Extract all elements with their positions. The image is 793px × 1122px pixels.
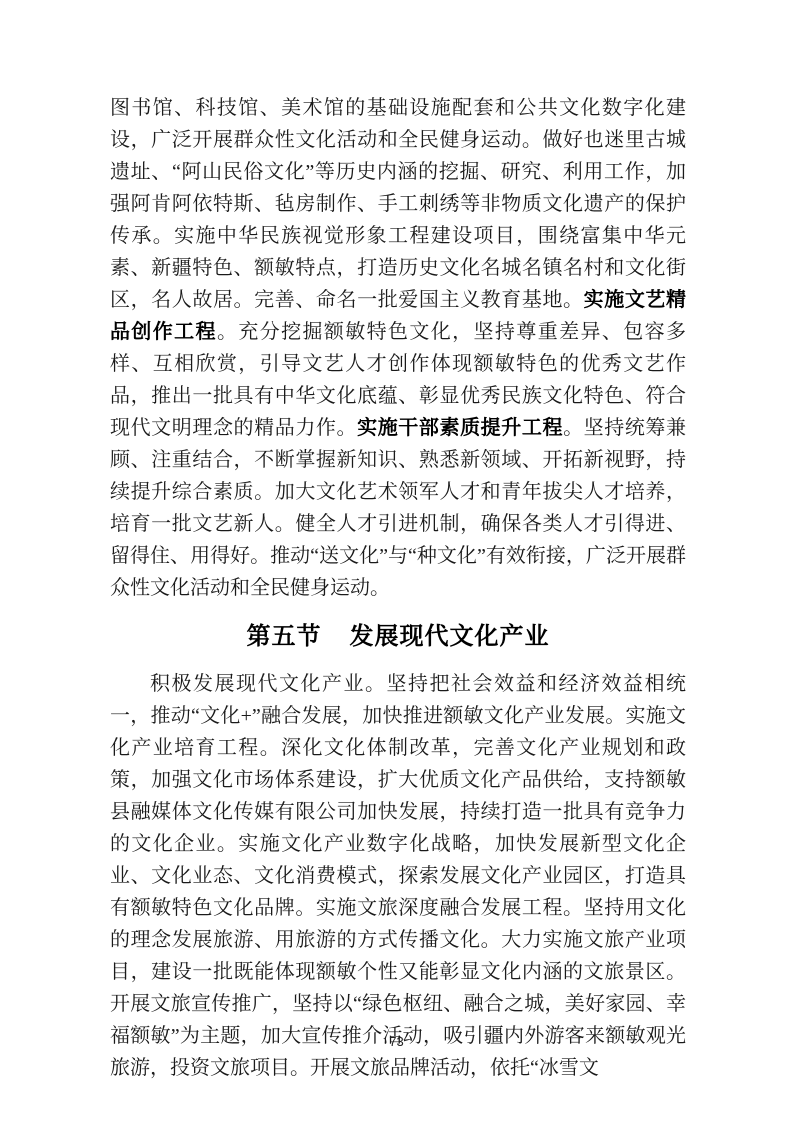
- section-label: 第五节: [247, 623, 322, 650]
- section-title: 发展现代文化产业: [350, 623, 550, 650]
- page-number: 73: [0, 1034, 793, 1049]
- text-block: 图书馆、科技馆、美术馆的基础设施配套和公共文化数字化建设，广泛开展群众性文化活动…: [110, 92, 686, 1084]
- section-heading: 第五节发展现代文化产业: [110, 622, 686, 652]
- paragraph-main: 积极发展现代文化产业。坚持把社会效益和经济效益相统一，推动“文化+”融合发展，加…: [110, 668, 686, 1084]
- document-page: 图书馆、科技馆、美术馆的基础设施配套和公共文化数字化建设，广泛开展群众性文化活动…: [0, 0, 793, 1122]
- paragraph-continuation: 图书馆、科技馆、美术馆的基础设施配套和公共文化数字化建设，广泛开展群众性文化活动…: [110, 92, 686, 604]
